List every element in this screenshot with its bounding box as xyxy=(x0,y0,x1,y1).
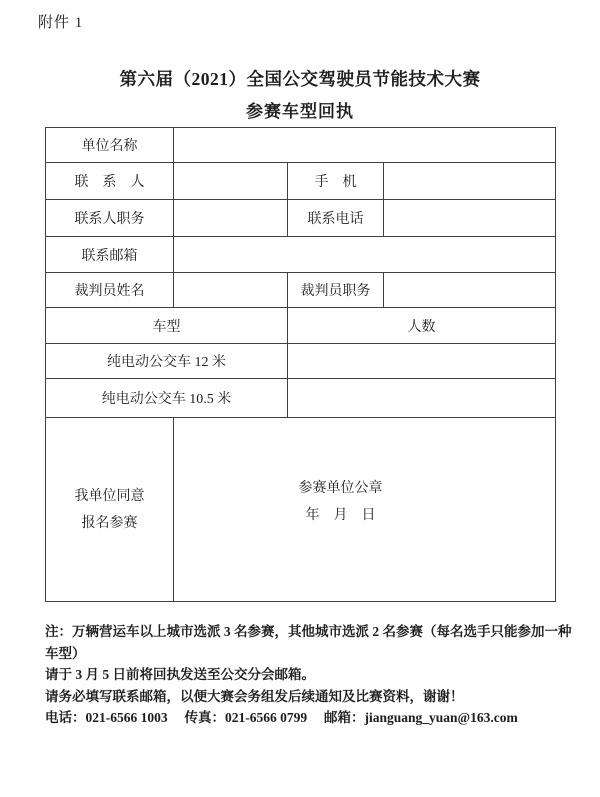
date-label: 年 月 日 xyxy=(299,502,383,529)
contact-label: 联 系 人 xyxy=(46,163,174,200)
referee-title-value-cell xyxy=(384,273,556,308)
contact-email-label: 联系邮箱 xyxy=(46,237,174,273)
agreement-line1: 我单位同意 xyxy=(46,483,173,510)
unit-name-value-cell xyxy=(174,128,556,163)
contact-title-label: 联系人职务 xyxy=(46,200,174,237)
vehicle-105m-count-cell xyxy=(288,379,556,418)
contact-value-cell xyxy=(174,163,288,200)
row-contact-title: 联系人职务 联系电话 xyxy=(46,200,556,237)
row-vehicle-12m: 纯电动公交车 12 米 xyxy=(46,344,556,379)
note-line-3: 请务必填写联系邮箱，以便大赛会务组发后续通知及比赛资料，谢谢！ xyxy=(45,686,573,708)
attachment-label: 附件 1 xyxy=(38,11,83,32)
vehicle-12m-label: 纯电动公交车 12 米 xyxy=(46,344,288,379)
mobile-label: 手 机 xyxy=(288,163,384,200)
seal-cell: 参赛单位公章 年 月 日 xyxy=(174,418,556,602)
contact-phone-label: 联系电话 xyxy=(288,200,384,237)
document-subtitle: 参赛车型回执 xyxy=(0,97,600,122)
vehicle-105m-label: 纯电动公交车 10.5 米 xyxy=(46,379,288,418)
row-vehicle-header: 车型 人数 xyxy=(46,308,556,344)
contact-title-value-cell xyxy=(174,200,288,237)
note-line-2: 请于 3 月 5 日前将回执发送至公交分会邮箱。 xyxy=(45,664,573,686)
registration-form-table: 单位名称 联 系 人 手 机 联系人职务 联系电话 联系邮箱 裁判员姓名 xyxy=(45,127,556,602)
row-agreement: 我单位同意 报名参赛 参赛单位公章 年 月 日 xyxy=(46,418,556,602)
mobile-value-cell xyxy=(384,163,556,200)
row-vehicle-105m: 纯电动公交车 10.5 米 xyxy=(46,379,556,418)
agreement-line2: 报名参赛 xyxy=(46,510,173,537)
row-referee: 裁判员姓名 裁判员职务 xyxy=(46,273,556,308)
seal-label: 参赛单位公章 xyxy=(299,475,383,502)
seal-block: 参赛单位公章 年 月 日 xyxy=(299,475,383,529)
referee-title-label: 裁判员职务 xyxy=(288,273,384,308)
contact-phone-value-cell xyxy=(384,200,556,237)
referee-name-value-cell xyxy=(174,273,288,308)
vehicle-type-header: 车型 xyxy=(46,308,288,344)
vehicle-12m-count-cell xyxy=(288,344,556,379)
notes-section: 注：万辆营运车以上城市选派 3 名参赛，其他城市选派 2 名参赛（每名选手只能参… xyxy=(45,621,573,729)
document-title: 第六届（2021）全国公交驾驶员节能技术大赛 xyxy=(0,66,600,91)
row-unit-name: 单位名称 xyxy=(46,128,556,163)
referee-name-label: 裁判员姓名 xyxy=(46,273,174,308)
agreement-cell: 我单位同意 报名参赛 xyxy=(46,418,174,602)
note-line-4: 电话：021-6566 1003 传真：021-6566 0799 邮箱：jia… xyxy=(45,707,573,729)
note-line-1: 注：万辆营运车以上城市选派 3 名参赛，其他城市选派 2 名参赛（每名选手只能参… xyxy=(45,621,573,664)
unit-name-label: 单位名称 xyxy=(46,128,174,163)
document-page: 附件 1 第六届（2021）全国公交驾驶员节能技术大赛 参赛车型回执 单位名称 … xyxy=(0,0,600,797)
people-count-header: 人数 xyxy=(288,308,556,344)
contact-email-value-cell xyxy=(174,237,556,273)
row-contact: 联 系 人 手 机 xyxy=(46,163,556,200)
row-contact-email: 联系邮箱 xyxy=(46,237,556,273)
